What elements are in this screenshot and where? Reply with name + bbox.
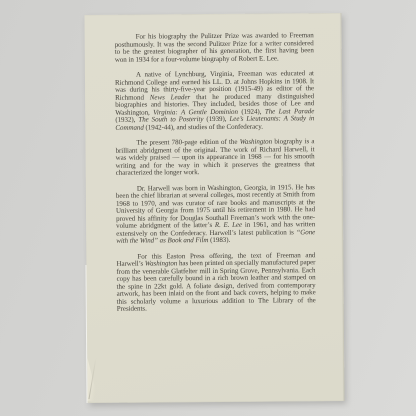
paper-edge-highlight — [85, 265, 87, 403]
text-block: For his biography the Pulitzer Prize was… — [115, 32, 316, 313]
text-segment: For his biography the Pulitzer Prize was… — [115, 31, 314, 63]
text-segment: has been printed on specially manufactur… — [116, 258, 315, 313]
paper-sheet: For his biography the Pulitzer Prize was… — [84, 13, 344, 403]
text-segment: (1983). — [208, 236, 230, 244]
paragraph: For this Easton Press offering, the text… — [116, 252, 315, 314]
paragraph: A native of Lynchburg, Virginia, Freeman… — [115, 70, 314, 132]
text-segment: (1942-44), and studies of the Confederac… — [144, 122, 263, 131]
photo-backdrop: For his biography the Pulitzer Prize was… — [0, 0, 416, 416]
paragraph: The present 780-page edition of the Wash… — [115, 138, 314, 177]
paragraph: For his biography the Pulitzer Prize was… — [115, 32, 314, 64]
paragraph: Dr. Harwell was born in Washington, Geor… — [116, 184, 315, 246]
